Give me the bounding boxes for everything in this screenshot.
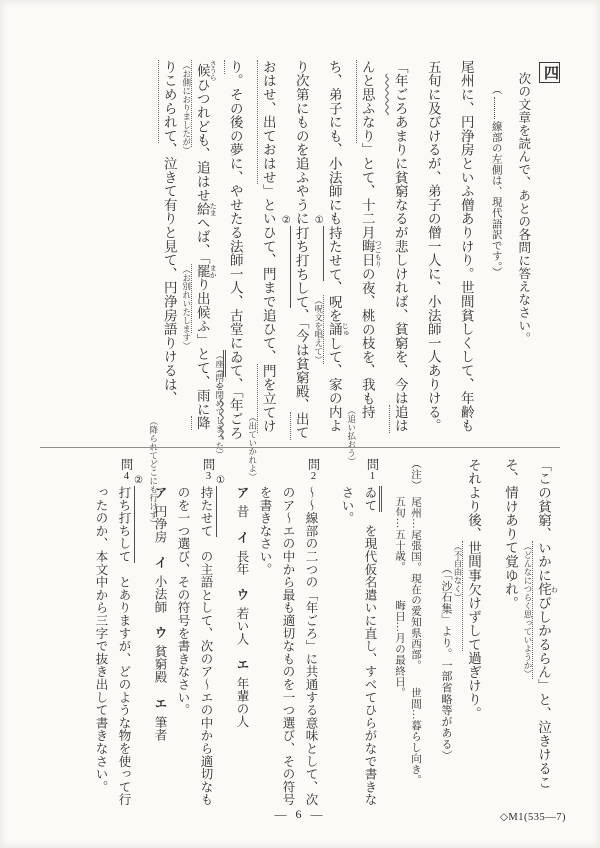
modern-translation-note: （追い払おう） (347, 406, 357, 466)
question-4-body: ②打ち打ちして とありますが、どのような物を使って行ったのか、本文中から三字で抜… (89, 458, 135, 810)
question-3-choices: ア円浄房イ小法師ウ貧窮殿エ筆者 (148, 458, 171, 810)
modern-translation-note: （不自由なく） (453, 542, 463, 602)
passage-text: 、追はせ (195, 147, 210, 202)
ruby-annotation: 誦じゅ (327, 322, 342, 336)
cited-term-double-line: ゐて (363, 486, 382, 512)
modern-translation-note: （呪文を唱えて） (314, 296, 324, 364)
ruby-annotation: 罷まか (195, 264, 210, 278)
modern-translation-note: （どんなにつらく思っていようか） (523, 542, 533, 678)
modern-translation-note: （お側におりましたが） (182, 61, 192, 155)
question-2-label: 問2 (301, 458, 325, 481)
question-4-number: 4 (121, 471, 132, 482)
modern-translation-note: （座って） (215, 351, 225, 394)
furigana: じゅ (341, 322, 349, 336)
choice-a: ア円浄房 (153, 486, 167, 543)
numbered-sideline-2: ②打ち打ちして (294, 226, 309, 309)
question-2-body: 〜〜線部の二つの「年ごろ」に共通する意味として、次のア～エの中から最も適切なもの… (253, 458, 322, 810)
question-3-body: ①持たせて の主語として、次のア～エの中から適切なものを一つ選び、その符号を書き… (171, 458, 217, 810)
choice-u: ウ貧窮殿 (153, 626, 167, 683)
passage-text: 、「今は貧窮殿、 (294, 308, 309, 412)
furigana: つごもり (374, 239, 382, 267)
cited-term-numbered-line: ②打ち打ちして (117, 486, 131, 563)
question-2-number: 2 (308, 471, 319, 482)
glossed-phrase: 罷まかり出候ふ（お別れいたします） (195, 264, 210, 333)
dotted-line-mark (494, 97, 498, 119)
exam-page: 四 次の文章を読んで、あとの各問に答えなさい。 （線部の左側は、現代語訳です。）… (0, 0, 600, 848)
instruction-note-open: （ (491, 84, 502, 95)
passage-text: 、 (327, 281, 342, 295)
double-lined-word: ゐて（座って） (228, 350, 243, 378)
passage-text: 」とて、雨に (195, 333, 210, 416)
wavy-underlined-phrase: 年ごろ (393, 74, 408, 115)
passage-band-bottom: 「この貧窮、いかに侘わびしかるらん（どんなにつらく思っていようか）」と、泣きける… (76, 458, 560, 810)
passage-part2-paragraph1: 「この貧窮、いかに侘わびしかるらん（どんなにつらく思っていようか）」と、泣きける… (494, 458, 560, 810)
ruby-annotation: 候さうら (195, 60, 210, 78)
glossed-phrase: いかに侘わびしかるらん（どんなにつらく思っていようか） (536, 541, 551, 679)
question-2: 問2 〜〜線部の二つの「年ごろ」に共通する意味として、次のア～エの中から最も適切… (230, 458, 322, 810)
document-code: ◇M1(535—7) (500, 811, 566, 823)
passage-part1: 尾州に、円浄房といふ僧ありけり。世間貧しくして、年齢も五旬に及びけるが、弟子の僧… (153, 60, 483, 442)
section-number: 四 (539, 60, 560, 442)
passage-text: 、泣きて有りと見て、円浄房語りけるは、 (162, 143, 177, 405)
furigana: わ (551, 582, 559, 596)
ruby-annotation: 晦日つごもり (360, 239, 375, 267)
circled-number-2: ② (281, 215, 291, 226)
note-line-1: （注） 尾州…尾張国。現在の愛知県西部。 世間…暮らし向き。 (407, 458, 423, 810)
instruction-text: 次の文章を読んで、あとの各問に答えなさい。 (509, 60, 539, 442)
passage-text: 過ぎけり。 (466, 651, 481, 720)
question-4: 問4 ②打ち打ちして とありますが、どのような物を使って行ったのか、本文中から三… (89, 458, 135, 810)
passage-text: 」とて、十二月 (360, 143, 375, 240)
question-3: 問3 ①持たせて の主語として、次のア～エの中から適切なものを一つ選び、その符号… (148, 458, 217, 810)
circled-number-1: ① (215, 475, 225, 486)
band-divider-rule (40, 447, 560, 448)
notes-section: （注） 尾州…尾張国。現在の愛知県西部。 世間…暮らし向き。 五旬…五十歳。 晦… (391, 458, 423, 810)
passage-part2-paragraph2: それより後、世間事欠けずして（不自由なく）過ぎけり。 (457, 458, 490, 810)
passage-text: へば、「 (195, 216, 210, 264)
choice-a: ア昔 (235, 486, 249, 518)
cited-term-numbered-line: ①持たせて (199, 486, 213, 537)
furigana: たま (209, 202, 217, 216)
glossed-phrase: 呪を誦じゅして（呪文を唱えて） (327, 295, 342, 364)
question-1-body: ゐて を現代仮名遣いに直し、すべてひらがなで書きなさい。 (335, 458, 381, 810)
choice-e: エ年輩の人 (235, 658, 249, 728)
ruby-annotation: 侘わ (536, 582, 551, 596)
wavy-underlined-phrase: 年ごろ (228, 398, 243, 439)
choice-i: イ小法師 (153, 556, 167, 613)
question-2-choices: ア昔イ長年ウ若い人エ年輩の人 (230, 458, 253, 810)
passage-text: 。その後の夢に、やせたる法師一人、古堂に (228, 74, 243, 350)
passage-text: 」といひて、門まで追ひて、 (261, 184, 276, 363)
section-number-box: 四 (539, 62, 560, 83)
wavy-line-mark: 〜〜 (304, 486, 318, 512)
circled-number-2: ② (133, 475, 143, 486)
passage-text: 、「 (228, 377, 243, 398)
glossed-phrase: 世間事欠けずして（不自由なく） (466, 541, 481, 651)
glossed-phrase: 候さうらひつれども（お側におりましたが） (195, 60, 210, 147)
modern-translation-note: （お別れいたします） (182, 265, 192, 350)
passage-band-top: 四 次の文章を読んで、あとの各問に答えなさい。 （線部の左側は、現代語訳です。）… (145, 60, 560, 442)
passage-text: それより後、 (466, 458, 481, 541)
question-3-number: 3 (203, 471, 214, 482)
question-1: 問1 ゐて を現代仮名遣いに直し、すべてひらがなで書きなさい。 (335, 458, 381, 810)
furigana: まか (209, 264, 217, 278)
choice-u: ウ若い人 (235, 588, 249, 645)
furigana: さうら (209, 60, 217, 81)
numbered-sideline-1: ①持たせて (327, 226, 342, 281)
instruction-note: （線部の左側は、現代語訳です。） (483, 60, 509, 442)
source-attribution: （「沙石集」より。一部省略等がある） (435, 458, 457, 810)
ruby-annotation: 給たま (195, 202, 210, 216)
circled-number-1: ① (314, 215, 324, 226)
note-line-2: 五旬…五十歳。 晦日…月の最終日。 (391, 458, 407, 810)
choice-i: イ長年 (235, 531, 249, 575)
passage-text: あまりに貧窮なるが悲しければ、貧窮を、今は (393, 115, 408, 405)
question-1-label: 問1 (360, 458, 384, 481)
choice-e: エ筆者 (153, 697, 167, 741)
question-1-number: 1 (367, 471, 378, 482)
instruction-note-text: 線部の左側は、現代語訳です。） (491, 121, 502, 278)
passage-text: 「この貧窮、 (536, 458, 551, 541)
